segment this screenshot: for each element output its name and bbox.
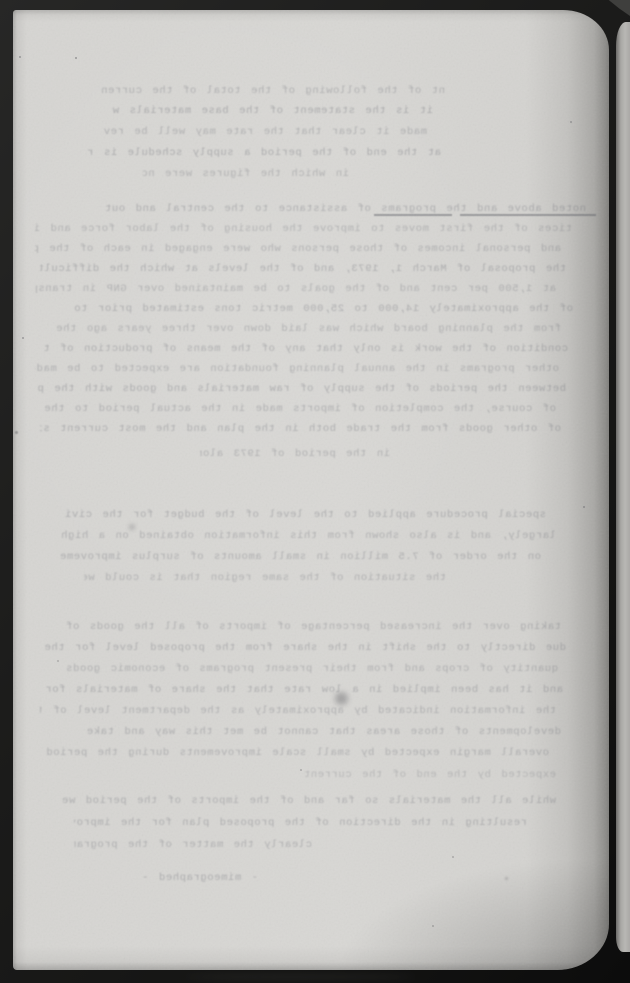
ghost-text-line-paragraph-4-1: due directly to the shift in the share f…	[35, 642, 566, 657]
ghost-text-line-paragraph-1-3: at the end of the period a supply schedu…	[88, 147, 441, 162]
dust-speck-12	[505, 877, 508, 880]
ghost-text-line-paragraph-2-1: tices of the first moves to improve the …	[35, 223, 572, 238]
ghost-text-line-paragraph-3-3: the situation of the same region that is…	[84, 572, 446, 587]
ghost-text-line-paragraph-4-6: overall margin expected by small scale i…	[42, 747, 549, 762]
ghost-text-line-paragraph-3-0: special procedure applied to the level o…	[64, 509, 546, 524]
adjacent-page-fore-edge	[616, 22, 630, 952]
ghost-text-line-paragraph-2-8: other programs in the annual planning fo…	[35, 363, 559, 378]
ghost-text-line-paragraph-2-12: in the period of 1973 alone	[200, 448, 390, 463]
dust-speck-10	[57, 660, 59, 662]
ghost-text-line-paragraph-3-2: on the order of 7.5 million in small amo…	[60, 551, 541, 566]
ghost-text-line-paragraph-2-5: of the approximately 14,000 to 25,000 me…	[38, 303, 573, 318]
dust-speck-8	[300, 769, 302, 771]
ghost-text-line-paragraph-1-2: made it clear that the rate may well be …	[103, 126, 427, 141]
ghost-text-line-paragraph-2-4: at 1,500 per cent and of the goals to be…	[36, 283, 556, 298]
dust-speck-3	[22, 337, 24, 339]
ghost-text-line-paragraph-2-10: of course, the completion of imports mad…	[36, 403, 556, 418]
document-page: nt of the following of the total of the …	[13, 10, 609, 970]
ghost-text-line-paragraph-2-11: of other goods from the trade both in th…	[40, 423, 561, 438]
dust-speck-7	[583, 506, 585, 508]
ghost-text-line-paragraph-4-5: developments of those areas that cannot …	[35, 726, 561, 741]
dust-speck-0	[75, 57, 77, 59]
ghost-text-line-paragraph-5-2: clearly the matter of the program	[74, 839, 312, 854]
ghost-text-line-paragraph-3-1: largely, and is also shown from this inf…	[54, 530, 556, 545]
dust-speck-11	[452, 856, 454, 858]
ghost-text-line-paragraph-2-2: and personal incomes of those persons wh…	[35, 243, 561, 258]
dust-speck-6	[335, 692, 348, 705]
ghost-text-line-paragraph-1-1: it is the statement of the base material…	[112, 105, 433, 120]
ghost-text-line-paragraph-4-2: quantity of crops and from their present…	[38, 663, 558, 678]
ghost-text-line-paragraph-2-7: condition of the work is only that any o…	[42, 343, 568, 358]
ghost-underline-1	[460, 214, 596, 216]
ghost-text-line-paragraph-4-3: and it has been implied in a low rate th…	[35, 684, 563, 699]
bottom-shadow-smear	[185, 974, 415, 980]
ghost-text-line-paragraph-1-4: in which the figures were not carried	[143, 168, 349, 183]
book-scan: nt of the following of the total of the …	[0, 0, 630, 983]
dust-speck-9	[432, 925, 434, 927]
ghost-text-line-paragraph-2-9: between the periods of the supply of raw…	[38, 383, 566, 398]
ghost-text-line-paragraph-2-6: from the planning board which was laid d…	[35, 323, 561, 338]
ghost-text-line-paragraph-5-0: while all the materials so far and of th…	[62, 795, 556, 810]
ghost-text-line-paragraph-2-3: the proposal of March 1, 1973, and of th…	[40, 263, 566, 278]
ghost-underline-0	[374, 214, 452, 216]
bleedthrough-text-layer: nt of the following of the total of the …	[13, 10, 609, 970]
ghost-text-line-paragraph-5-1: resulting in the direction of the propos…	[74, 817, 527, 832]
ghost-text-line-paragraph-4-7: expected by the end of the current perio…	[300, 769, 556, 784]
dust-speck-1	[19, 56, 21, 58]
ghost-text-line-footer-mark-0: - mimeographed -	[140, 872, 258, 887]
dust-speck-5	[129, 524, 135, 530]
dust-speck-4	[15, 431, 18, 434]
dust-speck-2	[570, 121, 572, 123]
ghost-text-line-paragraph-4-0: taking over the increased percentage of …	[44, 621, 561, 636]
ghost-text-line-paragraph-4-4: the information indicated by approximate…	[40, 705, 556, 720]
ghost-text-line-paragraph-1-0: nt of the following of the total of the …	[100, 85, 445, 100]
ghost-text-line-paragraph-2-0: noted above and the programs of assistan…	[58, 203, 586, 218]
